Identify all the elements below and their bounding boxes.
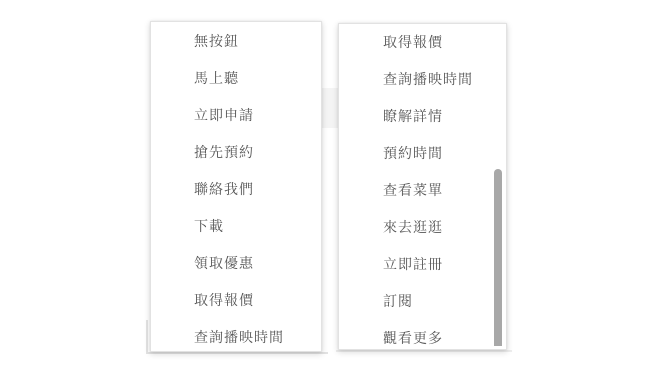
background-page-strip — [322, 88, 338, 128]
menu-item-pre-order[interactable]: 搶先預約 — [151, 135, 321, 172]
background-divider — [336, 350, 512, 352]
menu-item-subscribe[interactable]: 訂閱 — [339, 284, 506, 321]
background-divider — [146, 352, 328, 354]
menu-item-contact-us[interactable]: 聯絡我們 — [151, 172, 321, 209]
menu-item-get-quote[interactable]: 取得報價 — [339, 25, 506, 62]
menu-item-get-quote[interactable]: 取得報價 — [151, 283, 321, 320]
menu-scrollbar[interactable] — [493, 24, 503, 349]
screen: 無按鈕 馬上聽 立即申請 搶先預約 聯絡我們 下載 領取優惠 取得報價 查詢播映… — [0, 0, 672, 371]
menu-item-book-time[interactable]: 預約時間 — [339, 136, 506, 173]
menu-item-showtimes[interactable]: 查詢播映時間 — [151, 320, 321, 352]
menu-list-right: 取得報價 查詢播映時間 瞭解詳情 預約時間 查看菜單 來去逛逛 立即註冊 訂閱 … — [339, 24, 506, 350]
dropdown-menu-right: 取得報價 查詢播映時間 瞭解詳情 預約時間 查看菜單 來去逛逛 立即註冊 訂閱 … — [338, 23, 507, 350]
menu-item-download[interactable]: 下載 — [151, 209, 321, 246]
menu-item-listen-now[interactable]: 馬上聽 — [151, 61, 321, 98]
menu-item-watch-more[interactable]: 觀看更多 — [339, 321, 506, 350]
menu-item-showtimes[interactable]: 查詢播映時間 — [339, 62, 506, 99]
menu-item-learn-more[interactable]: 瞭解詳情 — [339, 99, 506, 136]
menu-item-sign-up[interactable]: 立即註冊 — [339, 247, 506, 284]
dropdown-menu-left: 無按鈕 馬上聽 立即申請 搶先預約 聯絡我們 下載 領取優惠 取得報價 查詢播映… — [150, 21, 322, 352]
menu-item-view-menu[interactable]: 查看菜單 — [339, 173, 506, 210]
scrollbar-thumb[interactable] — [494, 169, 502, 346]
menu-item-get-offer[interactable]: 領取優惠 — [151, 246, 321, 283]
menu-item-no-button[interactable]: 無按鈕 — [151, 24, 321, 61]
menu-list-left: 無按鈕 馬上聽 立即申請 搶先預約 聯絡我們 下載 領取優惠 取得報價 查詢播映… — [151, 22, 321, 352]
background-divider — [146, 320, 148, 354]
menu-item-shop-now[interactable]: 來去逛逛 — [339, 210, 506, 247]
menu-item-apply-now[interactable]: 立即申請 — [151, 98, 321, 135]
